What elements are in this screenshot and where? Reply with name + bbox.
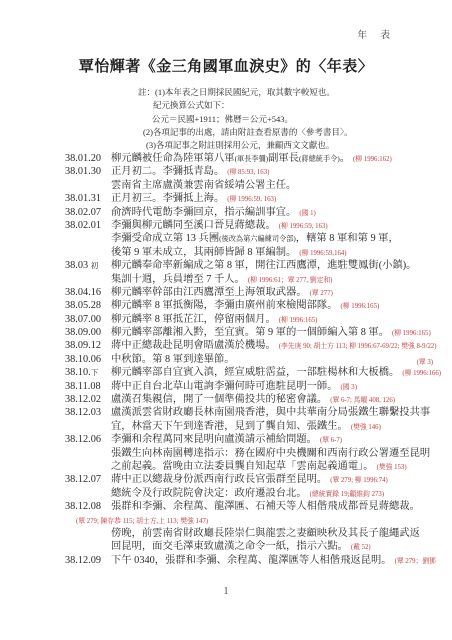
entry-date: 38.09.12 [65,340,101,351]
entry-date: 38.12.07 [65,474,101,485]
entry-text: 盧漢召集親信，開了一個準備投共的秘密會議。 [111,394,327,405]
citation-ref: (柳 85:93, 163) [227,169,269,176]
entry-line: 38.09.12蔣中正總裁赴昆明會晤盧漢於機場。(李先庚 90; 胡士方 113… [65,339,439,352]
entry-line: 38.12.08張群和李彌、余程萬、龍澤匯、石補天等人相偕飛成都晉見蔣總裁。 [65,500,439,513]
entry-text: ，轄第 8 軍和第 9 軍， [296,233,399,244]
entry-date-column: 38.09.00 [65,326,111,339]
citation-ref: (柳 1996:165) [392,330,431,337]
entry-text: 。 [340,153,350,164]
timeline-entries-list: 38.01.20柳元麟被任命為陸軍第八軍(軍長李彌)副軍長(蔣總統手令)。(柳 … [65,152,439,567]
entry-date-column: 38.12.09 [65,554,111,567]
citation-ref: (柳 1996:59,164) [299,250,346,257]
entry-date-column: 38.03 初 [65,259,111,272]
citation-ref: (柳 1996:162) [353,156,392,163]
entry-text: 副軍長 [268,153,299,164]
entry-text: 柳元麟率 8 軍抵衡陽，李彌由廣州前來檢閱部隊。 [111,300,338,311]
entry-line: 38.03 初柳元麟奉命率新編成之第 8 軍，開往江西鷹潭，進駐雙鳳街(小鎮)。 [65,259,439,272]
note-line: 紀元換算公式如下： [153,99,353,112]
entry-date: 38.01.20 [65,153,101,164]
note-line: (2)各項記事的出處，請由附註查看原書的〈參考書目〉。 [143,126,353,139]
entry-date: 38.12.02 [65,394,101,405]
entry-text: 雲南省主席盧漢兼雲南省綏靖公署主任。 [111,180,296,191]
entry-continuation-line: 後第 9 軍未成立，其兩師皆歸 8 軍編制。(柳 1996:59,164) [65,246,439,259]
entry-line: 38.01.30正月初二。李彌抵青島。(柳 85:93, 163) [65,165,439,178]
entry-date-column: 38.05.28 [65,299,111,312]
entry-continuation-line: 張鐵生向林南園轉達指示：務在國府中央機關和西南行政公署遷至昆明 [65,447,439,460]
entry-date-suffix: 初 [91,261,99,270]
entry-date-column: 38.02.07 [65,206,111,219]
entry-date: 38.12.08 [65,501,101,512]
citation-ref: (柳 1996:59, 163) [227,196,276,203]
entry-text: 李彌受命成立第 13 兵團 [111,233,219,244]
entry-text: 蔣中正自台北草山電詢李彌何時可進駐昆明一師。 [111,381,338,392]
entry-text: 中秋節。第 8 軍到達畢節。 [111,354,235,365]
entry-text: 俞濟時代電飭李彌回京，指示編訓事宜。 [111,207,296,218]
entry-text: 傍晚，前雲南省財政廳長陸崇仁與龍雲之妻顧映秋及其長子龍繩武返 [111,528,420,539]
entry-date-column: 38.07.00 [65,313,111,326]
entry-text: 柳元麟率 8 軍抵芷江，停留兩個月。 [111,314,276,325]
citation-line: (覃 279; 陳存恭 115; 胡士方,上 113; 樊強 147) [65,514,439,527]
entry-line: 38.04.16柳元麟率幹部由江西鷹潭至上海領取武器。(覃 277) [65,286,439,299]
entry-date-column: 38.12.07 [65,473,111,486]
entry-date-column: 38.10.下 [65,366,111,379]
entry-line: 38.12.07蔣中正以總裁身份派西南行政長官張群至昆明。(覃 279; 柳 1… [65,473,439,486]
entry-date: 38.07.00 [65,314,101,325]
entry-text: 柳元麟率幹部由江西鷹潭至上海領取武器。 [111,287,307,298]
entry-date: 38.03 [65,260,91,271]
entry-date: 38.12.03 [65,407,101,418]
entry-continuation-line: 李彌受命成立第 13 兵團(後改為第六編練司令部)，轄第 8 軍和第 9 軍， [65,232,439,245]
entry-text: 總統令及行政院院會決定：政府遷設台北。 [111,488,307,499]
entry-date-column: 38.04.16 [65,286,111,299]
running-header: 年 表 [357,27,392,41]
citation-ref: (李先庚 90; 胡士方 113; 柳 1996:67-69/22; 樊強 8-… [279,343,437,350]
entry-continuation-line: 回昆明，面交毛澤東致盧漢之命令一紙，指示六點。(戴 52) [65,540,439,553]
notes-block: 註：(1)本年表之日期採民國紀元，取其數字較短也。紀元換算公式如下：公元＝民國+… [138,86,353,152]
entry-date: 38.12.06 [65,434,101,445]
citation-ref: (覃 277) [310,290,333,297]
entry-date: 38.04.16 [65,287,101,298]
entry-text-small: (軍長李彌) [235,155,269,163]
document-page: 年 表 覃怡輝著《金三角國軍血淚史》的〈年表〉 註：(1)本年表之日期採民國紀元… [0,0,452,640]
note-line: 公元＝民國+1911；佛曆＝公元+543。 [152,113,353,126]
entry-date-column: 38.09.12 [65,339,111,352]
entry-date-column: 38.02.01 [65,219,111,232]
entry-line: 38.10.下柳元麟率部自宜賓入滇，經宣威駐霑益，一部駐楊林和大板橋。(柳 19… [65,366,439,379]
entry-text: 柳元麟率部離湘入黔，至宜賓。第 9 軍的一個師編入第 8 軍。 [111,327,389,338]
citation-ref: (國 1) [299,210,315,217]
entry-date-column: 38.12.03 [65,406,111,419]
entry-text: 後第 9 軍未成立，其兩師皆歸 8 軍編制。 [111,247,296,258]
citation-ref: (柳 1996:61；覃 277, 劉定和) [248,277,333,284]
entry-text: 正月初三。李彌抵上海。 [111,193,224,204]
entry-date: 38.10.06 [65,354,101,365]
entry-date: 38.05.28 [65,300,101,311]
entry-date-column: 38.10.06 [65,353,111,366]
entry-text: 柳元麟奉命率新編成之第 8 軍，開往江西鷹潭，進駐雙鳳街(小鎮)。 [111,260,416,271]
citation-ref: (戴 52) [351,544,371,551]
citation-ref: (柳 1996:165) [341,303,380,310]
entry-text: 蔣中正以總裁身份派西南行政長官張群至昆明。 [111,474,327,485]
citation-ref: (覃 279；劉鄧 [395,558,436,565]
entry-line: 38.12.06李彌和余程萬同來昆明向盧漢請示補給問題。(覃 6-7) [65,433,439,446]
entry-date: 38.01.30 [65,166,101,177]
citation-ref: (柳 1996:165) [279,317,318,324]
entry-text: 之前起義。當晚由立法委員龔自知起草「雲南起義通電」。 [111,461,374,472]
entry-continuation-line: 雲南省主席盧漢兼雲南省綏靖公署主任。 [65,179,439,192]
page-title: 覃怡輝著《金三角國軍血淚史》的〈年表〉 [0,55,452,76]
citation-ref: (總統實錄 19;顧維鈞 273) [310,491,384,498]
entry-line: 38.01.20柳元麟被任命為陸軍第八軍(軍長李彌)副軍長(蔣總統手令)。(柳 … [65,152,439,165]
entry-date-column: 38.11.08 [65,380,111,393]
citation-ref: (覃 279; 柳 1996:74) [330,477,388,484]
entry-text: 正月初二。李彌抵青島。 [111,166,224,177]
entry-line: 38.12.03盧漢派雲省財政廳長林南園飛香港，與中共華南分局張鐵生聯繫投共事 [65,406,439,419]
entry-date-column: 38.01.20 [65,152,111,165]
entry-continuation-line: 之前起義。當晚由立法委員龔自知起草「雲南起義通電」。(樊強 153) [65,460,439,473]
citation-ref: (覃 6-7) [320,437,342,444]
entry-continuation-line: 總統令及行政院院會決定：政府遷設台北。(總統實錄 19;顧維鈞 273) [65,487,439,500]
entry-text: 張鐵生向林南園轉達指示：務在國府中央機關和西南行政公署遷至昆明 [111,448,430,459]
citation-ref: (樊強 153) [377,464,407,471]
citation-ref: (覃 6-7; 馬曜 408, 126) [330,397,395,404]
entry-line: 38.07.00柳元麟率 8 軍抵芷江，停留兩個月。(柳 1996:165) [65,313,439,326]
entry-line: 38.02.01李彌與柳元麟同至溪口晉見蔣總裁。(柳 1996:59, 163) [65,219,439,232]
entry-line: 38.01.31正月初三。李彌抵上海。(柳 1996:59, 163) [65,192,439,205]
entry-date-column: 38.12.08 [65,500,111,513]
entry-date-column: 38.01.30 [65,165,111,178]
entry-text-small: (蔣總統手令) [299,155,340,163]
entry-date: 38.10. [65,367,91,378]
entry-continuation-line: 集訓十週，兵員增至 7 千人。(柳 1996:61；覃 277, 劉定和) [65,273,439,286]
entry-text: 張群和李彌、余程萬、龍澤匯、石補天等人相偕飛成都晉見蔣總裁。 [111,501,420,512]
entry-text: 柳元麟被任命為陸軍第八軍 [111,153,235,164]
note-line: 註：(1)本年表之日期採民國紀元，取其數字較短也。 [138,86,353,99]
entry-line: 38.12.02盧漢召集親信，開了一個準備投共的秘密會議。(覃 6-7; 馬曜 … [65,393,439,406]
entry-line: 38.02.07俞濟時代電飭李彌回京，指示編訓事宜。(國 1) [65,206,439,219]
entry-line: 38.05.28柳元麟率 8 軍抵衡陽，李彌由廣州前來檢閱部隊。(柳 1996:… [65,299,439,312]
entry-text: 蔣中正總裁赴昆明會晤盧漢於機場。 [111,340,276,351]
entry-line: 38.10.06中秋節。第 8 軍到達畢節。(覃 3) [65,353,439,366]
entry-text: 柳元麟率部自宜賓入滇，經宣威駐霑益，一部駐楊林和大板橋。 [111,367,399,378]
citation-ref: (柳 1996:59, 163) [279,223,328,230]
page-number: 1 [0,586,452,597]
entry-date-column: 38.01.31 [65,192,111,205]
entry-date-suffix: 下 [91,368,99,377]
entry-text: 李彌與柳元麟同至溪口晉見蔣總裁。 [111,220,276,231]
entry-text: 宜，林當天下午到達香港，見到了龔自知、張鐵生。 [111,421,348,432]
entry-text-small: (後改為第六編練司令部) [219,235,296,243]
entry-date-column: 38.12.06 [65,433,111,446]
entry-date: 38.02.07 [65,207,101,218]
entry-continuation-line: 傍晚，前雲南省財政廳長陸崇仁與龍雲之妻顧映秋及其長子龍繩武返 [65,527,439,540]
entry-text: 回昆明，面交毛澤東致盧漢之命令一紙，指示六點。 [111,541,348,552]
citation-ref: (樊強 146) [351,424,381,431]
entry-date: 38.02.01 [65,220,101,231]
entry-text: 李彌和余程萬同來昆明向盧漢請示補給問題。 [111,434,317,445]
entry-date: 38.09.00 [65,327,101,338]
citation-ref: (柳 1996:166) [402,370,441,377]
entry-continuation-line: 宜，林當天下午到達香港，見到了龔自知、張鐵生。(樊強 146) [65,420,439,433]
entry-line: 38.12.09下午 0340，張群和李彌、余程萬、龍澤匯等人相偕飛返昆明。(覃… [65,554,439,567]
entry-date: 38.01.31 [65,193,101,204]
note-line: (3)各項記事之附註則採用公元，兼顧西文文獻也。 [146,139,353,152]
entry-date-column: 38.12.02 [65,393,111,406]
entry-text: 集訓十週，兵員增至 7 千人。 [111,274,245,285]
citation-ref: (國 3) [341,384,357,391]
entry-text: 下午 0340，張群和李彌、余程萬、龍澤匯等人相偕飛返昆明。 [111,555,392,566]
entry-date: 38.11.08 [65,381,101,392]
entry-line: 38.09.00柳元麟率部離湘入黔，至宜賓。第 9 軍的一個師編入第 8 軍。(… [65,326,439,339]
entry-date: 38.12.09 [65,555,101,566]
citation-ref: (覃 279; 陳存恭 115; 胡士方,上 113; 樊強 147) [76,518,208,525]
entry-text: 盧漢派雲省財政廳長林南園飛香港，與中共華南分局張鐵生聯繫投共事 [111,407,430,418]
entry-line: 38.11.08蔣中正自台北草山電詢李彌何時可進駐昆明一師。(國 3) [65,380,439,393]
